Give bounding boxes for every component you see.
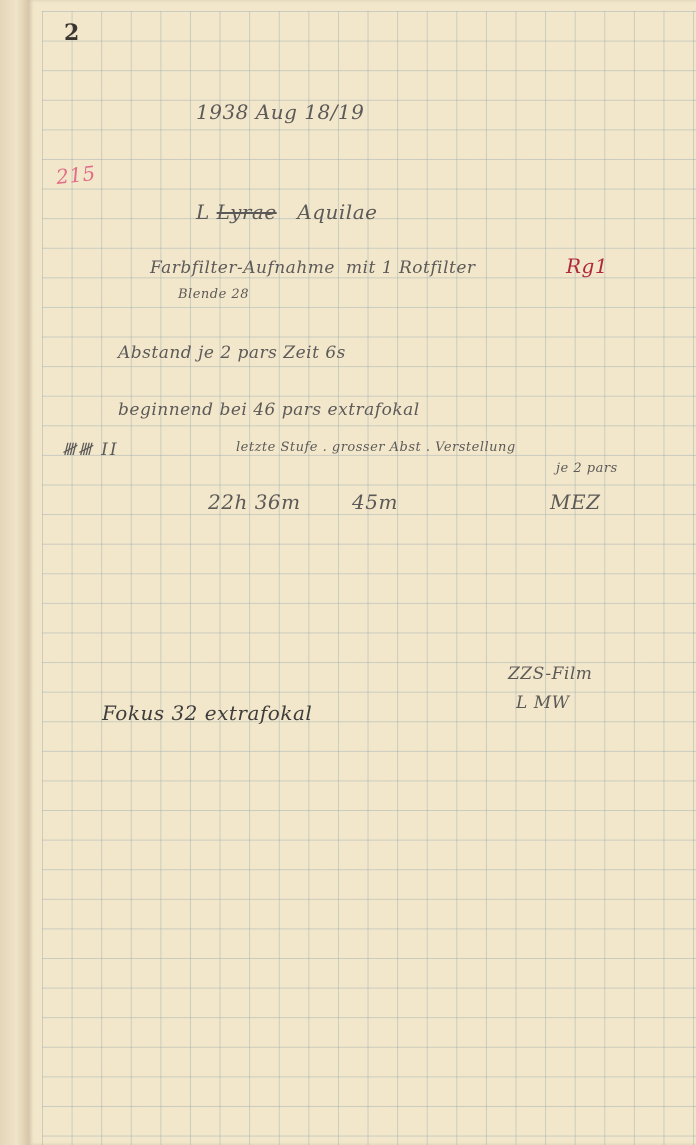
plate-subline: L MW <box>516 693 570 713</box>
beginnend-line: beginnend bei 46 pars extrafokal <box>118 400 420 420</box>
time-end: 45m <box>352 490 398 514</box>
blende-line: Blende 28 <box>178 287 249 302</box>
page-number: 2 <box>64 20 79 46</box>
filter-line: mit 1 Rotfilter <box>346 258 476 278</box>
catalog-number: 215 <box>55 161 97 189</box>
time-zone: MEZ <box>550 490 600 514</box>
object-line: L Lyrae Aquilae <box>196 200 377 224</box>
red-mark: Rg1 <box>566 254 608 278</box>
binding-edge <box>0 0 28 1145</box>
fokus-line: Fokus 32 extrafokal <box>102 701 312 725</box>
graph-paper-grid <box>42 11 696 1145</box>
time-start: 22h 36m <box>208 490 301 514</box>
object-name: Aquilae <box>297 200 377 224</box>
object-prefix: L <box>196 200 210 224</box>
tally-marks: 𝍸𝍸 II <box>62 437 119 466</box>
observation-date: 1938 Aug 18/19 <box>196 100 364 124</box>
details-line: letzte Stufe . grosser Abst . Verstellun… <box>236 440 516 455</box>
details-subline: je 2 pars <box>556 461 618 476</box>
object-struck: Lyrae <box>217 200 277 224</box>
plate-type: ZZS-Film <box>508 664 592 684</box>
exposure-line: Farbfilter-Aufnahme <box>150 258 335 278</box>
abstand-line: Abstand je 2 pars Zeit 6s <box>118 343 346 363</box>
